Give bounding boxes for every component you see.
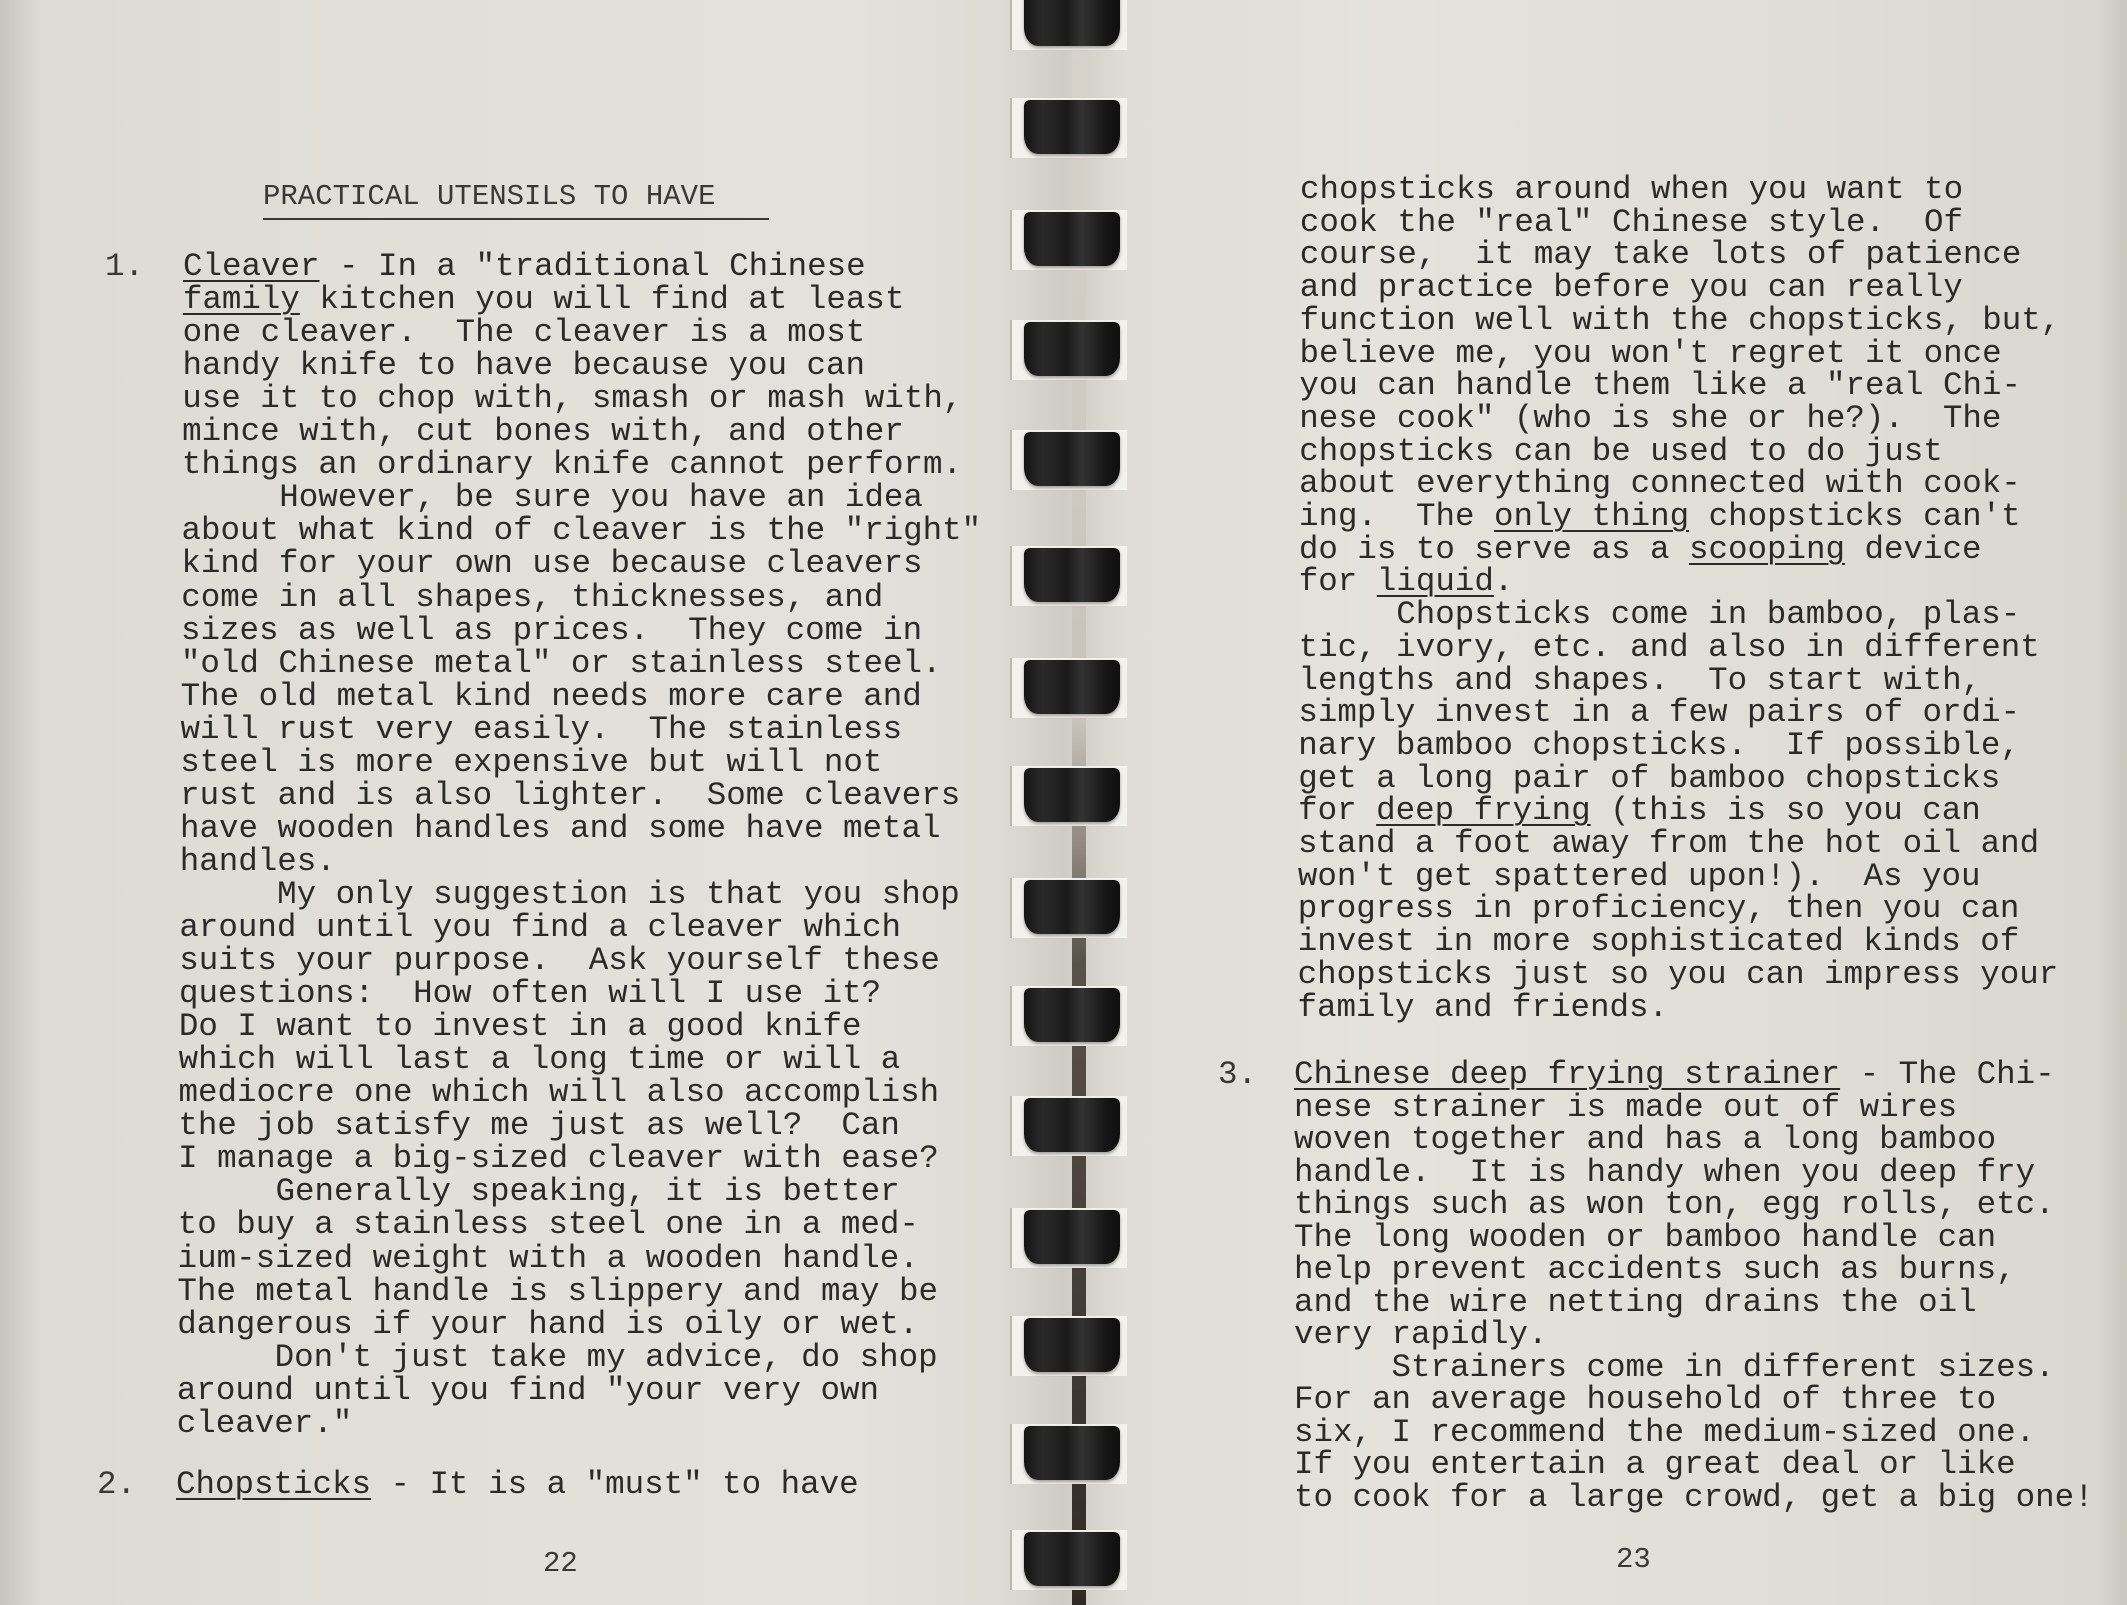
text-line: to cook for a large crowd, get a big one…: [1294, 1481, 2094, 1514]
text-line: handle. It is handy when you deep fry: [1294, 1156, 2035, 1189]
text-line: will rust very easily. The stainless: [180, 713, 902, 746]
underlined-term: only thing: [1494, 498, 1689, 535]
text-line: Chinese deep frying strainer - The Chi-: [1294, 1058, 2055, 1091]
text-line: things an ordinary knife cannot perform.: [182, 448, 962, 481]
underlined-term: scooping: [1689, 531, 1845, 568]
text-line: chopsticks just so you can impress your: [1298, 958, 2059, 991]
page-edge-shadow: [0, 0, 40, 1605]
text-line: very rapidly.: [1294, 1318, 1548, 1351]
text-line: nese strainer is made out of wires: [1294, 1091, 1957, 1124]
text-line: cook the "real" Chinese style. Of: [1300, 206, 1963, 239]
text-line: lengths and shapes. To start with,: [1299, 664, 1982, 697]
page-number-left: 22: [543, 1547, 578, 1580]
text-line: suits your purpose. Ask yourself these: [179, 944, 940, 977]
text-line: nary bamboo chopsticks. If possible,: [1298, 729, 2020, 762]
underlined-term: family: [183, 281, 300, 318]
text-line: rust and is also lighter. Some cleavers: [180, 779, 960, 812]
binding-ring: [1024, 660, 1120, 714]
item-number-1: 1.: [105, 250, 144, 283]
text-line: about everything connected with cook-: [1299, 467, 2021, 500]
text-line: The metal handle is slippery and may be: [177, 1275, 938, 1308]
book-spread: PRACTICAL UTENSILS TO HAVE 1. Cleaver - …: [0, 0, 2127, 1605]
underlined-term: Chopsticks: [176, 1466, 371, 1503]
text-line: My only suggestion is that you shop: [180, 878, 960, 911]
binding-ring: [1024, 322, 1120, 376]
text-line: Cleaver - In a "traditional Chinese: [183, 250, 866, 283]
text-line: to buy a stainless steel one in a med-: [178, 1208, 919, 1241]
binding-ring: [1024, 1426, 1120, 1480]
text-line: family and friends.: [1298, 991, 1669, 1024]
text-line: family kitchen you will find at least: [183, 283, 905, 316]
text-line: If you entertain a great deal or like: [1294, 1448, 2016, 1481]
text-line: Generally speaking, it is better: [178, 1175, 900, 1208]
text-line: help prevent accidents such as burns,: [1294, 1253, 2016, 1286]
text-line: chopsticks around when you want to: [1300, 173, 1963, 206]
binding-ring: [1024, 100, 1120, 154]
item-number-3: 3.: [1218, 1058, 1257, 1091]
text-line: do is to serve as a scooping device: [1299, 533, 1982, 566]
text-line: simply invest in a few pairs of ordi-: [1298, 696, 2020, 729]
binding-ring: [1024, 548, 1120, 602]
text-line: about what kind of cleaver is the "right…: [182, 514, 982, 547]
binding-ring: [1024, 1210, 1120, 1264]
text-line: cleaver.": [177, 1407, 353, 1440]
text-line: dangerous if your hand is oily or wet.: [177, 1308, 918, 1341]
page-title: PRACTICAL UTENSILS TO HAVE: [263, 180, 715, 213]
text-line: around until you find "your very own: [177, 1374, 879, 1407]
text-line: for deep frying (this is so you can: [1298, 794, 1981, 827]
underlined-term: Chinese deep frying strainer: [1294, 1056, 1840, 1093]
text-line: chopsticks can be used to do just: [1299, 435, 1943, 468]
binding-ring: [1024, 880, 1120, 934]
text-line: "old Chinese metal" or stainless steel.: [181, 647, 942, 680]
text-line: mediocre one which will also accomplish: [179, 1076, 940, 1109]
text-line: function well with the chopsticks, but,: [1300, 304, 2061, 337]
text-line: However, be sure you have an idea: [182, 481, 923, 514]
text-line: woven together and has a long bamboo: [1294, 1123, 1996, 1156]
text-line: progress in proficiency, then you can: [1298, 892, 2020, 925]
text-line: invest in more sophisticated kinds of: [1298, 925, 2020, 958]
text-line: ing. The only thing chopsticks can't: [1299, 500, 2021, 533]
underlined-term: Cleaver: [183, 248, 320, 285]
text-line: for liquid.: [1299, 565, 1514, 598]
binding-ring: [1024, 1532, 1120, 1586]
text-line: six, I recommend the medium-sized one.: [1294, 1416, 2035, 1449]
text-line: Chopsticks come in bamboo, plas-: [1299, 598, 2021, 631]
text-line: use it to chop with, smash or mash with,: [182, 382, 962, 415]
text-line: and the wire netting drains the oil: [1294, 1286, 1977, 1319]
binding-ring: [1024, 432, 1120, 486]
page-number-right: 23: [1616, 1543, 1651, 1576]
text-line: For an average household of three to: [1294, 1383, 1996, 1416]
text-line: handy knife to have because you can: [182, 349, 865, 382]
text-line: nese cook" (who is she or he?). The: [1299, 402, 2001, 435]
text-line: believe me, you won't regret it once: [1300, 337, 2002, 370]
text-line: mince with, cut bones with, and other: [182, 415, 904, 448]
text-line: course, it may take lots of patience: [1300, 238, 2022, 271]
text-line: the job satisfy me just as well? Can: [178, 1109, 900, 1142]
text-line: which will last a long time or will a: [179, 1043, 901, 1076]
underlined-term: deep frying: [1376, 792, 1591, 829]
text-line: won't get spattered upon!). As you: [1298, 860, 1981, 893]
text-line: Chopsticks - It is a "must" to have: [176, 1468, 859, 1501]
binding-ring: [1024, 212, 1120, 266]
item-number-2: 2.: [97, 1468, 136, 1501]
underlined-term: liquid: [1377, 563, 1494, 600]
text-line: things such as won ton, egg rolls, etc.: [1294, 1188, 2055, 1221]
text-line: Do I want to invest in a good knife: [179, 1010, 862, 1043]
text-line: tic, ivory, etc. and also in different: [1299, 631, 2040, 664]
binding-ring: [1024, 988, 1120, 1042]
page-edge-shadow: [2097, 0, 2127, 1605]
text-line: get a long pair of bamboo chopsticks: [1298, 762, 2000, 795]
text-line: handles.: [180, 845, 336, 878]
text-line: kind for your own use because cleavers: [181, 547, 922, 580]
text-line: stand a foot away from the hot oil and: [1298, 827, 2039, 860]
binding-ring: [1024, 768, 1120, 822]
text-line: around until you find a cleaver which: [179, 911, 901, 944]
right-page: chopsticks around when you want tocook t…: [1130, 0, 2127, 1605]
text-line: Strainers come in different sizes.: [1294, 1351, 2055, 1384]
left-page: PRACTICAL UTENSILS TO HAVE 1. Cleaver - …: [0, 0, 1020, 1605]
text-line: and practice before you can really: [1300, 271, 1963, 304]
text-line: have wooden handles and some have metal: [180, 812, 941, 845]
comb-binding: [1010, 0, 1130, 1605]
text-line: one cleaver. The cleaver is a most: [183, 316, 866, 349]
title-underline: [263, 218, 769, 220]
text-line: ium-sized weight with a wooden handle.: [178, 1242, 919, 1275]
text-line: The old metal kind needs more care and: [181, 680, 922, 713]
binding-ring: [1024, 1098, 1120, 1152]
text-line: steel is more expensive but will not: [180, 746, 882, 779]
text-line: you can handle them like a "real Chi-: [1299, 369, 2021, 402]
binding-ring: [1024, 1318, 1120, 1372]
text-line: I manage a big-sized cleaver with ease?: [178, 1142, 939, 1175]
text-line: Don't just take my advice, do shop: [177, 1341, 938, 1374]
text-line: come in all shapes, thicknesses, and: [181, 581, 883, 614]
text-line: The long wooden or bamboo handle can: [1294, 1221, 1996, 1254]
text-line: questions: How often will I use it?: [179, 977, 881, 1010]
binding-ring: [1024, 0, 1120, 46]
text-line: sizes as well as prices. They come in: [181, 614, 922, 647]
